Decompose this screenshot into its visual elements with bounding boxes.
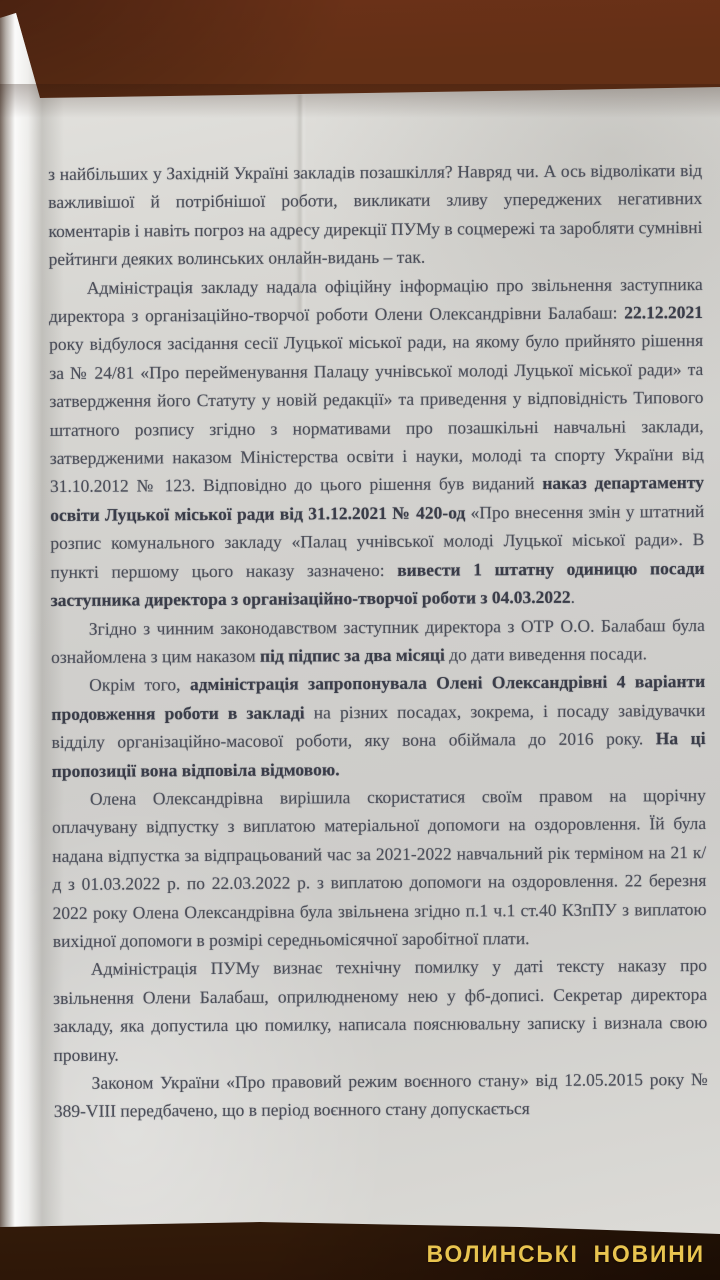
text-run: з найбільших у Західній Україні закладів… [48, 160, 702, 269]
document-paragraph: Законом України «Про правовий режим воєн… [54, 1065, 708, 1126]
text-run: до дати виведення посади. [445, 643, 647, 664]
text-run: Олена Олександрівна вирішила скористатис… [52, 785, 707, 951]
text-run: Окрім того, [89, 674, 190, 695]
document-paragraph: Олена Олександрівна вирішила скористатис… [52, 781, 707, 955]
document-paragraph: Згідно з чинним законодавством заступник… [51, 610, 705, 671]
news-agency-watermark: ВОЛИНСЬКІ НОВИНИ [427, 1241, 705, 1269]
text-run: Адміністрація ПУМу визнає технічну помил… [53, 955, 707, 1064]
photo-scene: з найбільших у Західній Україні закладів… [0, 0, 720, 1280]
document-text: з найбільших у Західній Україні закладів… [48, 156, 708, 1126]
document-paragraph: з найбільших у Західній Україні закладів… [48, 156, 703, 274]
document-paragraph: Окрім того, адміністрація запропонувала … [51, 667, 706, 785]
document-paragraph: Адміністрація ПУМу визнає технічну помил… [53, 951, 708, 1069]
text-run: Адміністрація закладу надала офіційну ін… [49, 274, 703, 326]
paper-sheet: з найбільших у Західній Україні закладів… [0, 0, 720, 1280]
text-run-bold: 22.12.2021 [624, 302, 703, 322]
text-run: Законом України «Про правовий режим воєн… [54, 1069, 708, 1121]
text-run: . [571, 587, 575, 607]
document-paragraph: Адміністрація закладу надала офіційну ін… [49, 270, 705, 615]
text-run-bold: під підпис за два місяці [260, 644, 445, 665]
text-run: року відбулося засідання сесії Луцької м… [49, 330, 704, 496]
